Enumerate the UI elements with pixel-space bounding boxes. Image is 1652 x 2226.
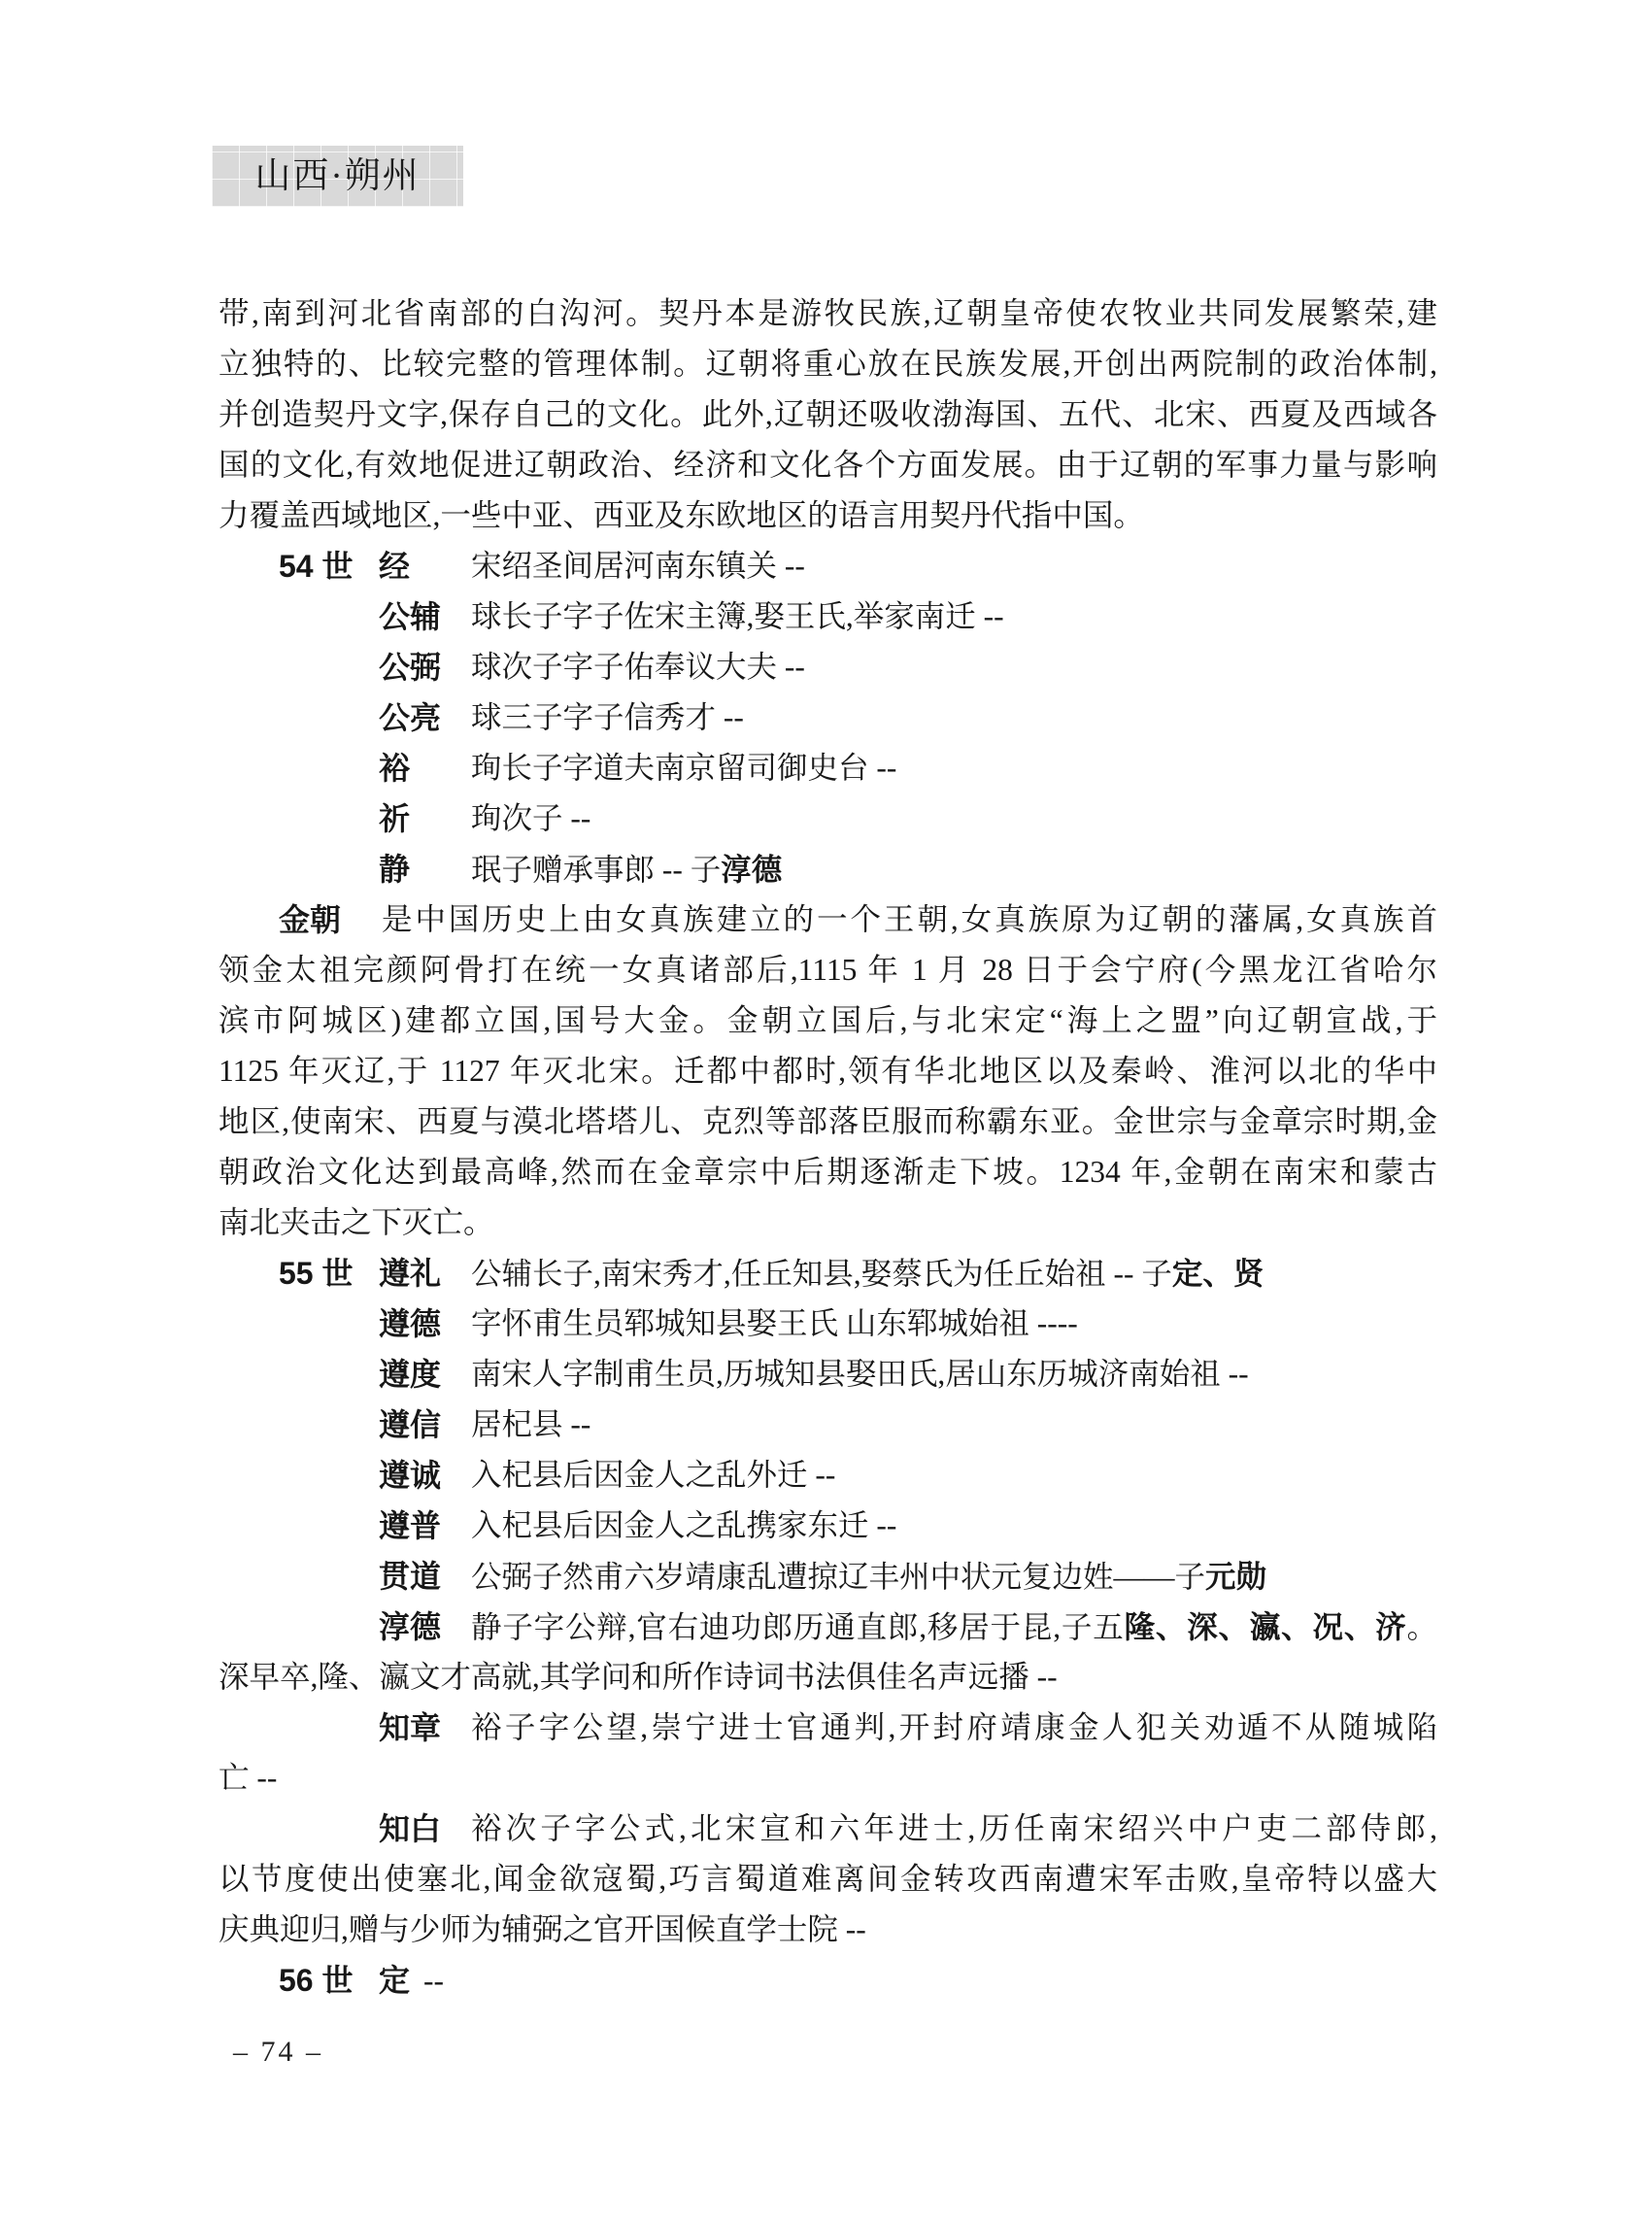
member-name: 知白 [379,1804,441,1854]
region-badge: 山西·朔州 [212,146,463,207]
generation-entry: 裕珣长子字道夫南京留司御史台 -- [219,743,1437,793]
member-name: 遵普 [379,1501,441,1551]
generation-entry: 遵度南宋人字制甫生员,历城知县娶田氏,居山东历城济南始祖 -- [219,1349,1437,1400]
paragraph-line: 金朝是中国历史上由女真族建立的一个王朝,女真族原为辽朝的藩属,女真族首 [219,894,1437,945]
paragraph-line: 地区,使南宋、西夏与漠北塔塔儿、克烈等部落臣服而称霸东亚。金世宗与金章宗时期,金 [219,1096,1437,1147]
generation-entry: 遵信居杞县 -- [219,1400,1437,1450]
generation-entry: 遵普入杞县后因金人之乱携家东迁 -- [219,1501,1437,1551]
child-name-bold: 淳德 [721,852,782,887]
member-name: 遵诚 [379,1450,441,1501]
member-name: 公辅 [379,591,441,642]
text-block: 带,南到河北省南部的白沟河。契丹本是游牧民族,辽朝皇帝使农牧业共同发展繁荣,建 … [219,288,1437,2006]
generation-label: 56 世 [279,1955,354,2006]
generation-entry: 公亮球三子字子信秀才 -- [219,692,1437,743]
member-desc-text: 珉子赠承事郎 -- 子 [471,853,721,887]
page-number: – 74 – [233,2036,323,2069]
paragraph-line: 南北夹击之下灭亡。 [219,1197,1437,1248]
paragraph-lead: 金朝 [279,894,341,945]
paragraph-line: 朝政治文化达到最高峰,然而在金章宗中后期逐渐走下坡。1234 年,金朝在南宋和蒙… [219,1147,1437,1197]
member-name: 裕 [379,743,410,793]
generation-entry: 遵诚入杞县后因金人之乱外迁 -- [219,1450,1437,1501]
member-name: 贯道 [379,1551,441,1602]
paragraph-line: 并创造契丹文字,保存自己的文化。此外,辽朝还吸收渤海国、五代、北宋、西夏及西域各 [219,389,1437,440]
paragraph-line: 立独特的、比较完整的管理体制。辽朝将重心放在民族发展,开创出两院制的政治体制, [219,339,1437,389]
paragraph-line: 带,南到河北省南部的白沟河。契丹本是游牧民族,辽朝皇帝使农牧业共同发展繁荣,建 [219,288,1437,339]
paragraph-line: 滨市阿城区)建都立国,国号大金。金朝立国后,与北宋定“海上之盟”向辽朝宣战,于 [219,995,1437,1046]
generation-entry: 公辅球长子字子佐宋主簿,娶王氏,举家南迁 -- [219,591,1437,642]
member-name: 知章 [379,1703,441,1753]
member-name: 经 [379,541,410,591]
entry-continuation: 以节度使出使塞北,闻金欲寇蜀,巧言蜀道难离间金转攻西南遭宋军击败,皇帝特以盛大 [219,1854,1437,1905]
generation-entry: 知白裕次子字公式,北宋宣和六年进士,历任南宋绍兴中户吏二部侍郎, [219,1804,1437,1854]
entry-continuation: 亡 -- [219,1753,1437,1804]
member-name: 遵度 [379,1349,441,1400]
member-desc-text: 公辅长子,南宋秀才,任丘知县,娶蔡氏为任丘始祖 -- 子 [471,1257,1172,1291]
generation-entry: 遵德字怀甫生员郓城知县娶王氏 山东郓城始祖 ---- [219,1298,1437,1349]
member-name: 淳德 [379,1602,441,1652]
child-name-bold: 元勋 [1205,1559,1266,1594]
member-name: 遵礼 [379,1248,441,1298]
member-desc: -- [423,1964,444,1998]
member-name: 静 [379,844,410,894]
member-desc-tail: 。 [1406,1610,1437,1644]
member-entry: 定-- [219,1955,1437,2007]
generation-entry: 56 世定-- [219,1955,1437,2006]
generation-entry: 静珉子赠承事郎 -- 子淳德 [219,844,1437,894]
paragraph-line: 力覆盖西域地区,一些中亚、西亚及东欧地区的语言用契丹代指中国。 [219,490,1437,541]
member-desc-text: 公弼子然甫六岁靖康乱遭掠辽丰州中状元复边姓——子 [471,1560,1205,1594]
paragraph-line: 领金太祖完颜阿骨打在统一女真诸部后,1115 年 1 月 28 日于会宁府(今黑… [219,945,1437,995]
member-desc-text: 静子字公辩,官右迪功郎历通直郎,移居于昆,子五 [471,1610,1125,1644]
generation-entry: 祈珣次子 -- [219,793,1437,844]
member-name: 公亮 [379,692,441,743]
member-name: 遵信 [379,1400,441,1450]
member-name: 祈 [379,793,410,844]
region-badge-label: 山西·朔州 [254,156,420,196]
generation-entry: 公弼球次子字子佑奉议大夫 -- [219,642,1437,692]
generation-entry: 淳德静子字公辩,官右迪功郎历通直郎,移居于昆,子五隆、深、瀛、况、济。 [219,1602,1437,1652]
children-names-bold: 隆、深、瀛、况、济 [1125,1609,1407,1644]
entry-continuation: 庆典迎归,赠与少师为辅弼之官开国候直学士院 -- [219,1905,1437,1955]
paragraph-line: 国的文化,有效地促进辽朝政治、经济和文化各个方面发展。由于辽朝的军事力量与影响 [219,440,1437,490]
generation-entry: 贯道公弼子然甫六岁靖康乱遭掠辽丰州中状元复边姓——子元勋 [219,1551,1437,1602]
child-name-bold: 定、贤 [1172,1256,1264,1291]
member-name: 公弼 [379,642,441,692]
generation-label: 55 世 [279,1248,354,1298]
book-page: 山西·朔州 带,南到河北省南部的白沟河。契丹本是游牧民族,辽朝皇帝使农牧业共同发… [0,0,1652,2226]
paragraph-line: 1125 年灭辽,于 1127 年灭北宋。迁都中都时,领有华北地区以及秦岭、淮河… [219,1046,1437,1096]
paragraph-line-text: 是中国历史上由女真族建立的一个王朝,女真族原为辽朝的藩属,女真族首 [219,894,1437,945]
generation-entry: 知章裕子字公望,崇宁进士官通判,开封府靖康金人犯关劝遁不从随城陷 [219,1703,1437,1753]
generation-entry: 55 世遵礼公辅长子,南宋秀才,任丘知县,娶蔡氏为任丘始祖 -- 子定、贤 [219,1248,1437,1298]
member-name: 定 [379,1963,410,1998]
entry-continuation: 深早卒,隆、瀛文才高就,其学问和所作诗词书法俱佳名声远播 -- [219,1652,1437,1703]
generation-label: 54 世 [279,541,354,591]
generation-entry: 54 世经宋绍圣间居河南东镇关 -- [219,541,1437,591]
member-name: 遵德 [379,1298,441,1349]
